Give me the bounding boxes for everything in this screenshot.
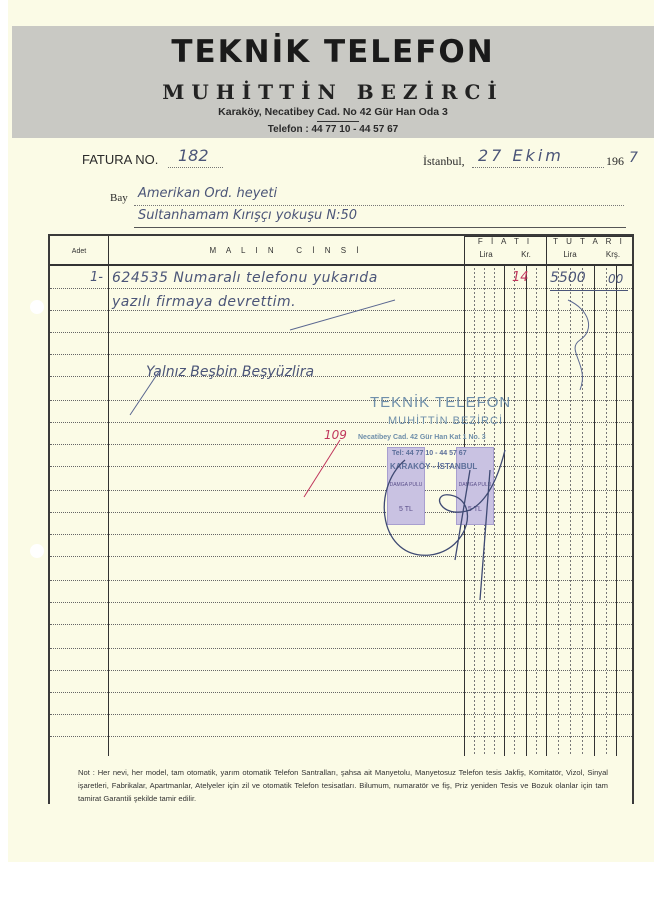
footer-note: Not : Her nevi, her model, tam otomatik,… bbox=[78, 766, 608, 805]
footer-note-box: Not : Her nevi, her model, tam otomatik,… bbox=[48, 754, 634, 804]
